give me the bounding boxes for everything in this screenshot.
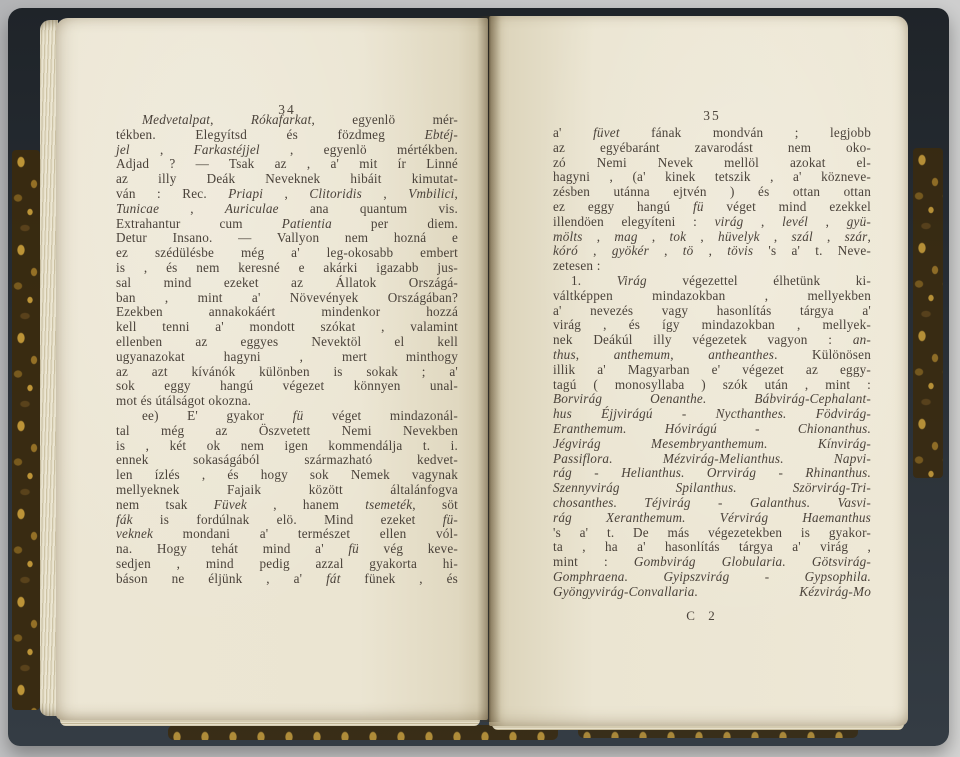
text-line: rág Xeranthemum. Vérvirág Haemanthus [553,511,871,526]
text-line: virág , és így mindazokban , mellyek- [553,318,871,333]
text-line: kóró , gyökér , tö , tövis 's a' t. Neve… [553,244,871,259]
text-line: kell tenni a' mondott szókat , valamint [116,320,458,335]
text-line: sok eggy hangú végezet könnyen unal- [116,379,458,394]
text-line: mot és útálságot okozna. [116,394,458,409]
text-line: hus Éjjvirágú - Nycthanthes. Födvirág- [553,407,871,422]
text-line: a' füvet fának mondván ; legjobb [553,126,871,141]
text-line: Gyöngyvirág-Convallaria. Kézvirág-Mo [553,585,871,600]
text-line: jel , Farkastéjjel , egyenlö mértékben. [116,143,458,158]
text-line: zésben utánna ejtvén ) és ottan ottan [553,185,871,200]
text-line: thus, anthemum, antheanthes. Különösen [553,348,871,363]
text-line: ez eggy hangú fü véget mind ezekkel [553,200,871,215]
text-line: 1. Virág végezettel élhetünk ki- [553,274,871,289]
text-line: veknek mondani a' természet ellen vól- [116,527,458,542]
text-line: Passiflora. Mézvirág-Melianthus. Napvi- [553,452,871,467]
marbled-edge-left [12,150,40,710]
text-line: Borvirág Oenanthe. Bábvirág-Cephalant- [553,392,871,407]
right-page-text: a' füvet fának mondván ; legjobbaz egyéb… [553,126,871,600]
text-line: chosanthes. Téjvirág - Galanthus. Vasvi- [553,496,871,511]
text-line: mint : Gombvirág Globularia. Götsvirág- [553,555,871,570]
text-line: tal még az Öszvetett Nemi Nevekben [116,424,458,439]
text-line: len ízlés , és hogy sok Nemek vagynak [116,468,458,483]
text-line: Tunicae , Auriculae ana quantum vis. [116,202,458,217]
text-line: Eranthemum. Hóvirágú - Chionanthus. [553,422,871,437]
text-line: ellenben az eggyes Nevektöl el kell [116,335,458,350]
text-line: sal mind ezeket az Állatok Országá- [116,276,458,291]
signature-mark: C 2 [553,608,853,624]
text-line: az illy Deák Neveknek hibáit kimutat- [116,172,458,187]
text-line: hagyni , (a' kinek tetszik , a' közneve- [553,170,871,185]
text-line: ugyanazokat hagyni , mert minthogy [116,350,458,365]
text-line: ez szédülésbe még a' leg-okosabb embert [116,246,458,261]
text-line: rág - Helianthus. Orrvirág - Rhinanthus. [553,466,871,481]
right-page: 35 a' füvet fának mondván ; legjobbaz eg… [489,16,908,726]
text-line: illik a' Magyarban e' végezet az eggy- [553,363,871,378]
text-line: ván : Rec. Priapi , Clitoridis , Vmbilic… [116,187,458,202]
text-line: tagú ( monosyllaba ) szók után , mint : [553,378,871,393]
text-line: is , két ok nem igen kommendálja t. i. [116,439,458,454]
text-line: az egyébaránt zavarodást nem oko- [553,141,871,156]
text-line: illendöen elegyíteni : virág , levél , g… [553,215,871,230]
text-line: váltképpen mindazokban , mellyekben [553,289,871,304]
text-line: is , és nem keresné e akárki igazabb jus… [116,261,458,276]
left-page: 34 Medvetalpat, Rókafarkat, egyenlö mér-… [56,18,488,720]
text-line: a' nevezés vagy hasonlítás tárgya a' [553,304,871,319]
text-line: az azt kívánók különben is sokak ; a' [116,365,458,380]
text-line: ban , mint a' Növevények Országában? [116,291,458,306]
text-line: Ezekben annakokáért mindenkor hozzá [116,305,458,320]
text-line: sedjen , mind pedig azzal gyakorta hi- [116,557,458,572]
text-line: nek Deákúl illy végezetek vagyon : an- [553,333,871,348]
text-line: ta , ha a' hasonlítás tárgya a' virág , [553,540,871,555]
text-line: fák is fordúlnak elö. Mind ezeket fü- [116,513,458,528]
marbled-edge-right [913,148,943,478]
text-line: báson ne éljünk , a' fát fünek , és [116,572,458,587]
text-line: Medvetalpat, Rókafarkat, egyenlö mér- [116,113,458,128]
book-scan: 34 Medvetalpat, Rókafarkat, egyenlö mér-… [0,0,960,757]
text-line: Szennyvirág Spilanthus. Szörvirág-Tri- [553,481,871,496]
text-line: zó Nemi Nevek mellöl azokat el- [553,156,871,171]
text-line: nem tsak Füvek , hanem tsemeték, söt [116,498,458,513]
page-number-right: 35 [553,108,871,124]
left-page-text: Medvetalpat, Rókafarkat, egyenlö mér-ték… [116,113,458,587]
text-line: tékben. Elegyítsd és fözdmeg Ebtéj- [116,128,458,143]
text-line: ennek sokaságából származható kedvet- [116,453,458,468]
text-line: Adjad ? — Tsak az , a' mit ír Linné [116,157,458,172]
text-line: zetesen : [553,259,871,274]
text-line: Jégvirág Mesembryanthemum. Kínvirág- [553,437,871,452]
text-line: ee) E' gyakor fü véget mindazonál- [116,409,458,424]
text-line: Gomphraena. Gyipszvirág - Gypsophila. [553,570,871,585]
text-line: Extrahantur cum Patientia per diem. [116,217,458,232]
text-line: na. Hogy tehát mind a' fü vég keve- [116,542,458,557]
text-line: Detur Insano. — Vallyon nem hozná e [116,231,458,246]
text-line: mölts , mag , tok , hüvelyk , szál , szá… [553,230,871,245]
text-line: 's a' t. De más végezetekben is gyakor- [553,526,871,541]
text-line: mellyeknek Fajaik között általánfogva [116,483,458,498]
